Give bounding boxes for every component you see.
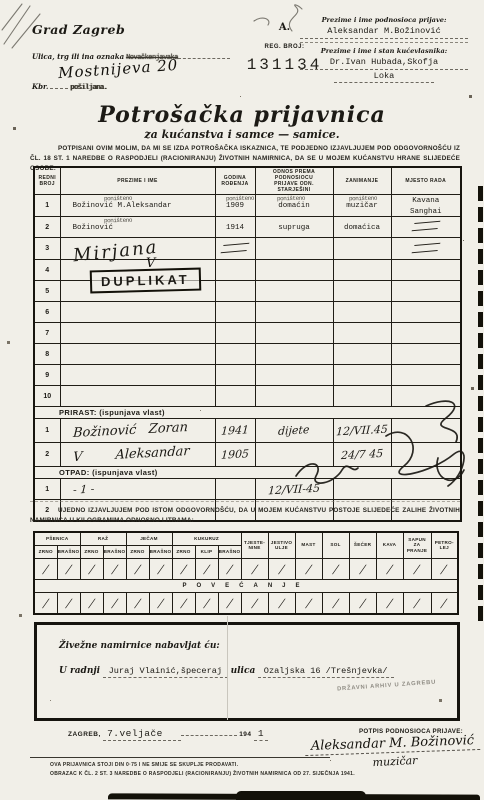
duplikat-stamp: DUPLIKAT <box>90 268 201 294</box>
table-cell <box>60 302 215 323</box>
handwritten-entry: 1905 <box>221 447 250 462</box>
table-cell: Božinović Zoran <box>60 419 215 443</box>
table-cell: dijete <box>255 419 333 443</box>
form-subtitle: za kućanstva i samce — samice. <box>0 128 484 141</box>
pen-slash-mark: / <box>180 562 187 575</box>
archive-stamp: DRŽAVNI ARHIV U ZAGREBU <box>337 680 436 693</box>
supply-mark-cell: / <box>376 558 403 579</box>
applicant-value: Aleksandar M.Božinović <box>300 26 468 39</box>
applicant-signature: Aleksandar M. Božinović <box>305 733 480 756</box>
supply-mark-cell: / <box>126 558 149 579</box>
date-typed-value: 7.veljače <box>103 728 181 741</box>
pen-slash-mark: / <box>134 596 141 609</box>
pen-slash-mark: / <box>359 596 366 609</box>
povecanje-row: POVEĆANJE <box>34 579 458 592</box>
supply-group-header: ŠEĆER <box>349 532 376 558</box>
table-cell <box>215 323 255 344</box>
supply-mark-cell: / <box>149 592 172 614</box>
supply-group-header: SAPUN ZA PRANJE <box>403 532 431 558</box>
increase-marks-row: ///////////////// <box>34 592 458 614</box>
supply-group-header: KUKURUZ <box>172 532 241 545</box>
table-cell: Božinovićponišteno <box>60 217 215 238</box>
table-cell <box>215 302 255 323</box>
table-cell: - 1 - <box>60 479 215 500</box>
handwritten-entry: V Aleksandar <box>72 444 189 465</box>
supply-mark-cell: / <box>349 558 376 579</box>
table-cell <box>333 281 391 302</box>
table-cell <box>60 365 215 386</box>
supply-mark-cell: / <box>172 558 195 579</box>
table-cell <box>391 238 461 260</box>
row-number: 6 <box>34 302 60 323</box>
kbr-typed: pošiljana. <box>70 84 107 92</box>
supply-mark-cell: / <box>241 558 268 579</box>
column-header: ODNOS PREMA PODNOSIOCU PRIJAVE ODN. STAR… <box>255 167 333 195</box>
supply-mark-cell: / <box>57 558 80 579</box>
pen-slash-mark: / <box>65 562 72 575</box>
pen-slash-mark: / <box>441 596 448 609</box>
typed-entry: 1914 <box>226 224 244 232</box>
column-header: ZANIMANJE <box>333 167 391 195</box>
table-cell <box>333 260 391 281</box>
row-number: 2 <box>34 443 60 467</box>
supply-mark-cell: / <box>376 592 403 614</box>
row-number: 5 <box>34 281 60 302</box>
pen-slash-mark: / <box>226 562 233 575</box>
handwritten-entry: - 1 - <box>72 482 94 496</box>
supply-mark-cell: / <box>218 558 241 579</box>
table-cell <box>215 365 255 386</box>
table-cell <box>60 344 215 365</box>
supply-group-header: TJESTE- NINE <box>241 532 268 558</box>
pen-slash-mark: / <box>88 562 95 575</box>
typed-entry: domaćin <box>278 202 310 210</box>
column-header: REDNI BROJ <box>34 167 60 195</box>
table-cell <box>60 386 215 407</box>
pen-slash-mark: / <box>332 562 339 575</box>
table-row: 6 <box>34 302 461 323</box>
otpad-signature-scrawl <box>288 452 366 496</box>
table-cell <box>391 365 461 386</box>
supply-mark-cell: / <box>431 592 458 614</box>
table-cell: supruga <box>255 217 333 238</box>
supply-group-header: MAST <box>295 532 322 558</box>
kbr-dotted-line <box>50 88 68 89</box>
row-number: 10 <box>34 386 60 407</box>
row-number: 4 <box>34 260 60 281</box>
pen-slash-mark: / <box>359 562 366 575</box>
overstrike-stamp-text: poništeno <box>104 195 132 202</box>
pen-slash-mark: / <box>305 596 312 609</box>
table-row: 3Mirjana <box>34 238 461 260</box>
divider-line <box>300 42 468 43</box>
table-cell <box>255 365 333 386</box>
table-cell: domaćinponišteno <box>255 195 333 217</box>
applicant-signature-occupation: muzičar <box>350 753 441 771</box>
supply-sub-header: ZRNO <box>34 545 57 558</box>
city-footer-label: ZAGREB, <box>68 731 101 738</box>
typed-entry: Kavana Sanghai <box>410 197 442 216</box>
typed-entry: Božinović M.Aleksandar <box>73 202 172 210</box>
supply-mark-cell: / <box>103 558 126 579</box>
pen-slash-mark: / <box>111 562 118 575</box>
pen-slash-mark: / <box>111 596 118 609</box>
landlord-label: Prezime i ime i stan kućevlasnika: <box>300 47 468 55</box>
supplies-body: PŠENICARAŽJEČAMKUKURUZTJESTE- NINEJESTIV… <box>34 532 458 614</box>
overstrike-stamp-text: poništeno <box>277 195 305 202</box>
supply-mark-cell: / <box>126 592 149 614</box>
official-signature-scrawl <box>368 396 478 492</box>
typed-entry: 1909 <box>226 202 244 210</box>
supply-mark-cell: / <box>34 592 57 614</box>
table-cell <box>391 323 461 344</box>
pen-slash-mark: / <box>414 596 421 609</box>
supply-group-header: JEČAM <box>126 532 172 545</box>
table-cell: 1941 <box>215 419 255 443</box>
typed-entry: domaćica <box>344 224 380 232</box>
table-row: 1Božinović M.Aleksandarponišteno1909poni… <box>34 195 461 217</box>
table-cell: muzičarponišteno <box>333 195 391 217</box>
table-head: REDNI BROJPREZIME I IMEGODINA ROĐENJAODN… <box>34 167 461 195</box>
supply-mark-cell: / <box>322 558 349 579</box>
supply-sub-header: ZRNO <box>172 545 195 558</box>
table-cell: 1905 <box>215 443 255 467</box>
pen-slash-mark: / <box>251 596 258 609</box>
handwritten-entry: Božinović Zoran <box>72 420 188 441</box>
supply-mark-cell: / <box>431 558 458 579</box>
row-number: 2 <box>34 217 60 238</box>
year-printed: 194 <box>239 731 251 738</box>
supplies-declaration: UJEDNO IZJAVLJUJEM POD ISTOM ODGOVORNOŠĆ… <box>30 506 460 526</box>
landlord-value-1: Dr.Ivan Hubada,Skofja <box>300 57 468 70</box>
supply-mark-cell: / <box>172 592 195 614</box>
row-number: 9 <box>34 365 60 386</box>
table-cell: domaćica <box>333 217 391 238</box>
row-number: 1 <box>34 419 60 443</box>
table-row: 2Božinovićponišteno1914suprugadomaćica <box>34 217 461 238</box>
supply-mark-cell: / <box>34 558 57 579</box>
table-cell <box>215 479 255 500</box>
applicant-label: Prezime i ime podnosioca prijave: <box>300 16 468 24</box>
pen-slash-mark: / <box>65 596 72 609</box>
supply-mark-cell: / <box>149 558 172 579</box>
table-cell <box>391 281 461 302</box>
table-cell <box>333 323 391 344</box>
pen-slash-mark: / <box>386 596 393 609</box>
table-cell: Mirjana <box>60 238 215 260</box>
handwritten-entry: dijete <box>278 423 310 438</box>
names-block: Prezime i ime podnosioca prijave: Aleksa… <box>300 16 468 83</box>
supply-group-header: JESTIVO ULJE <box>268 532 295 558</box>
house-number-line: Kbr. pošiljana. <box>32 82 107 92</box>
table-cell <box>215 344 255 365</box>
pen-slash-mark: / <box>203 596 210 609</box>
supply-group-header: SOL <box>322 532 349 558</box>
supply-mark-cell: / <box>57 592 80 614</box>
table-row: 8 <box>34 344 461 365</box>
table-cell <box>333 238 391 260</box>
row-number: 1 <box>34 479 60 500</box>
shop-declaration-box: Živežne namirnice nabavljat ću: U radnji… <box>34 622 460 721</box>
pen-slash-mark: / <box>157 596 164 609</box>
typed-entry: Božinović <box>73 224 114 232</box>
supply-sub-header: ZRNO <box>80 545 103 558</box>
pen-slash-mark: / <box>203 562 210 575</box>
supply-mark-cell: / <box>195 592 218 614</box>
pen-slash-mark: / <box>88 596 95 609</box>
table-cell <box>255 281 333 302</box>
column-header: GODINA ROĐENJA <box>215 167 255 195</box>
overstrike-stamp-text: poništeno <box>104 217 132 224</box>
pen-slash-mark: / <box>278 562 285 575</box>
table-cell <box>391 217 461 238</box>
year-typed: 1 <box>254 728 268 741</box>
dotted-separator <box>30 501 460 502</box>
date-dotted-line <box>181 735 237 736</box>
pen-slash-mark: / <box>157 562 164 575</box>
pen-slash-mark: / <box>180 596 187 609</box>
typed-entry: supruga <box>278 224 310 232</box>
supply-mark-cell: / <box>322 592 349 614</box>
table-cell <box>255 323 333 344</box>
overstrike-stamp-text: poništeno <box>226 195 254 202</box>
column-header: MJESTO RADA <box>391 167 461 195</box>
shop-line: U radnji Juraj Vlainić,špeceraj ulica Oz… <box>59 665 441 676</box>
supply-group-header: PETRO- LEJ <box>431 532 458 558</box>
table-cell <box>391 302 461 323</box>
table-cell <box>333 365 391 386</box>
table-cell <box>391 260 461 281</box>
supply-mark-cell: / <box>403 558 431 579</box>
handwritten-entry: 1941 <box>221 423 250 438</box>
table-cell <box>215 260 255 281</box>
shop-street-value: Ozaljska 16 /Trešnjevka/ <box>258 666 394 678</box>
scan-edge-right <box>478 186 483 626</box>
group-header-row: PŠENICARAŽJEČAMKUKURUZTJESTE- NINEJESTIV… <box>34 532 458 545</box>
supply-mark-cell: / <box>295 592 322 614</box>
scan-edge-bottom-blob <box>236 791 366 800</box>
paper-crease <box>227 616 228 720</box>
header-row: REDNI BROJPREZIME I IMEGODINA ROĐENJAODN… <box>34 167 461 195</box>
date-line: ZAGREB, 7.veljače 194 1 <box>68 728 268 739</box>
shop-name-value: Juraj Vlainić,špeceraj <box>103 666 228 678</box>
supply-mark-cell: / <box>80 592 103 614</box>
fine-print-line-1: OVA PRIJAVNICA STOJI DIN 0·75 I NE SMIJE… <box>50 762 238 768</box>
supply-sub-header: ZRNO <box>126 545 149 558</box>
table-cell <box>60 323 215 344</box>
table-cell <box>391 344 461 365</box>
supply-group-header: RAŽ <box>80 532 126 545</box>
supply-sub-header: KLIP <box>195 545 218 558</box>
table-cell: Božinović M.Aleksandarponišteno <box>60 195 215 217</box>
supply-mark-cell: / <box>195 558 218 579</box>
table-cell <box>333 302 391 323</box>
supply-sub-header: BRAŠNO <box>103 545 126 558</box>
supply-mark-cell: / <box>268 558 295 579</box>
supply-mark-cell: / <box>241 592 268 614</box>
table-cell: 1914 <box>215 217 255 238</box>
row-number: 8 <box>34 344 60 365</box>
pen-slash-mark: / <box>414 562 421 575</box>
fine-print-rule <box>30 757 330 758</box>
overstrike-stamp-text: poništeno <box>349 195 377 202</box>
pen-slash-mark: / <box>42 596 49 609</box>
column-header: PREZIME I IME <box>60 167 215 195</box>
kbr-label: Kbr. <box>32 82 48 91</box>
supply-mark-cell: / <box>103 592 126 614</box>
food-supplies-table: PŠENICARAŽJEČAMKUKURUZTJESTE- NINEJESTIV… <box>33 531 459 615</box>
table-cell <box>255 302 333 323</box>
table-cell: V Aleksandar <box>60 443 215 467</box>
table-cell <box>255 386 333 407</box>
pen-slash-mark: / <box>42 562 49 575</box>
table-row: 9 <box>34 365 461 386</box>
pen-slash-mark: / <box>332 596 339 609</box>
form-title: Potrošačka prijavnica <box>0 102 484 128</box>
supply-mark-cell: / <box>80 558 103 579</box>
stock-marks-row: ///////////////// <box>34 558 458 579</box>
supply-sub-header: BRAŠNO <box>57 545 80 558</box>
table-cell <box>255 344 333 365</box>
fine-print-line-2: OBRAZAC K ČL. 2 ST. 3 NAREDBE O RASPODJE… <box>50 771 355 777</box>
pen-dash-mark <box>411 221 440 232</box>
table-cell <box>255 260 333 281</box>
supply-group-header: PŠENICA <box>34 532 80 545</box>
supply-mark-cell: / <box>295 558 322 579</box>
table-cell <box>215 281 255 302</box>
row-number: 1 <box>34 195 60 217</box>
table-cell <box>333 344 391 365</box>
pen-slash-mark: / <box>386 562 393 575</box>
pen-slash-mark: / <box>441 562 448 575</box>
table-cell: Kavana Sanghai <box>391 195 461 217</box>
pen-dash-mark <box>221 242 250 253</box>
supply-mark-cell: / <box>268 592 295 614</box>
row-number: 7 <box>34 323 60 344</box>
supply-mark-cell: / <box>349 592 376 614</box>
row-number: 3 <box>34 238 60 260</box>
street-dotted-line <box>178 58 230 59</box>
ulica-label: ulica <box>231 666 256 676</box>
u-radnji-label: U radnji <box>59 666 100 676</box>
landlord-value-2: Loka <box>334 71 435 83</box>
povecanje-label: POVEĆANJE <box>34 579 458 592</box>
scanned-form-page: Grad Zagreb Ulica, trg ili ina oznaka No… <box>0 0 484 800</box>
table-cell <box>215 386 255 407</box>
pen-dash-mark <box>411 242 440 253</box>
pen-slash-mark: / <box>134 562 141 575</box>
typed-entry: muzičar <box>346 202 378 210</box>
city-heading: Grad Zagreb <box>32 22 125 37</box>
table-row: 7 <box>34 323 461 344</box>
table-cell <box>215 238 255 260</box>
pen-slash-mark: / <box>251 562 258 575</box>
pen-slash-mark: / <box>226 596 233 609</box>
table-cell <box>255 238 333 260</box>
supply-sub-header: BRAŠNO <box>218 545 241 558</box>
supply-group-header: KAVA <box>376 532 403 558</box>
shop-heading: Živežne namirnice nabavljat ću: <box>59 641 220 651</box>
supply-mark-cell: / <box>403 592 431 614</box>
pen-slash-mark: / <box>305 562 312 575</box>
pen-slash-mark: / <box>278 596 285 609</box>
supply-sub-header: BRAŠNO <box>149 545 172 558</box>
supply-mark-cell: / <box>218 592 241 614</box>
table-cell: 1909poništeno <box>215 195 255 217</box>
